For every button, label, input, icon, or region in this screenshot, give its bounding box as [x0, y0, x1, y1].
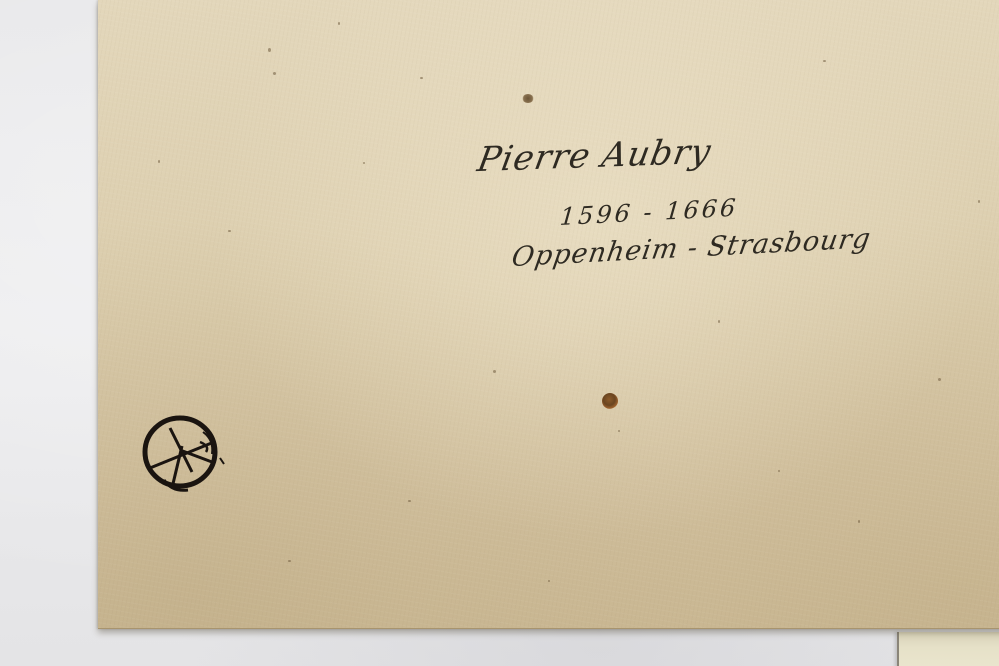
underlying-cream-sheet [897, 632, 999, 666]
paper-fiber-speck [158, 160, 160, 163]
paper-fiber-speck [493, 370, 496, 373]
paper-fiber-speck [408, 500, 411, 502]
paper-fiber-speck [618, 430, 620, 432]
paper-fiber-speck [273, 72, 276, 75]
paper-fiber-speck [938, 378, 941, 381]
paper-fiber-speck [420, 77, 423, 79]
paper-fiber-speck [858, 520, 860, 523]
paper-fiber-speck [548, 580, 550, 582]
aged-paper-sheet [98, 0, 999, 629]
paper-fiber-speck [363, 162, 365, 164]
paper-fiber-speck [268, 48, 271, 52]
paper-fiber-speck [778, 470, 780, 472]
paper-fiber-speck [823, 60, 826, 62]
paper-fiber-speck [228, 230, 231, 232]
paper-fiber-speck [288, 560, 291, 562]
paper-fiber-speck [718, 320, 720, 323]
paper-inclusion-speck [522, 94, 534, 103]
collector-stamp-icon [140, 410, 226, 498]
paper-fiber-speck [338, 22, 340, 25]
paper-fiber-speck [978, 200, 980, 203]
inscription-artist-name: Pierre Aubry [474, 132, 714, 180]
rust-brown-fleck [602, 393, 618, 409]
